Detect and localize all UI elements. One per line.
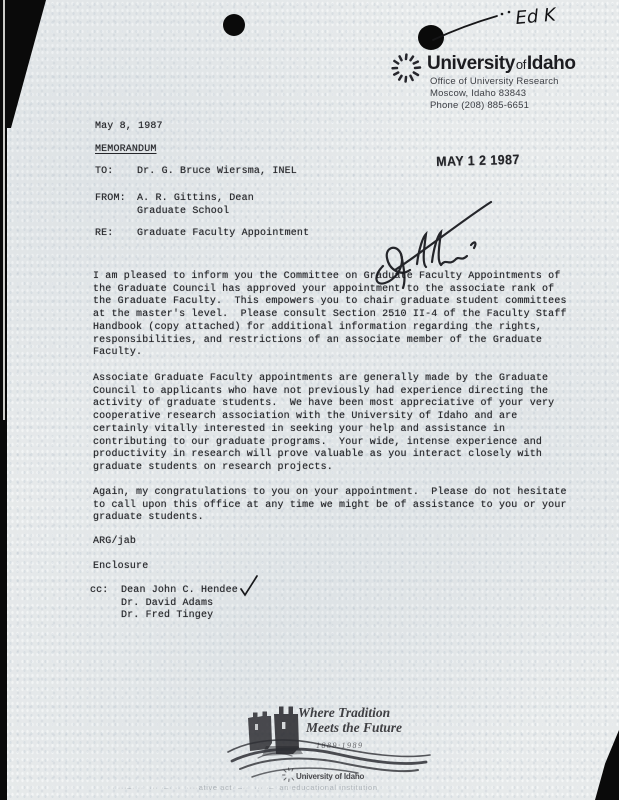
scan-edge-top-left: [0, 0, 52, 130]
memo-from-value: A. R. Gittins, Dean Graduate School: [137, 193, 254, 218]
centennial-logo: Where Tradition Meets the Future 1889·19…: [222, 700, 437, 792]
handwritten-checkmark: [238, 574, 260, 598]
university-wordmark: UniversityofIdaho: [427, 53, 576, 75]
memo-re-label: RE:: [95, 228, 113, 241]
memo-title: MEMORANDUM: [95, 144, 157, 157]
scan-edge-bottom-right: [595, 730, 619, 800]
hole-punch-dot: [223, 14, 245, 36]
wordmark-idaho: Idaho: [527, 53, 576, 74]
memo-initials: ARG/jab: [93, 536, 136, 549]
memo-from-label: FROM:: [95, 193, 126, 206]
handwritten-annotation: Ed K: [405, 0, 575, 60]
memo-cc-label: cc:: [90, 585, 108, 598]
memo-date: May 8, 1987: [95, 121, 163, 134]
handwritten-note-text: Ed K: [515, 4, 558, 29]
received-date-stamp: MAY 1 2 1987: [436, 153, 520, 169]
memo-to-label: TO:: [95, 166, 113, 179]
slogan-line-2: Meets the Future: [305, 720, 402, 735]
university-sunburst-icon: [388, 50, 424, 86]
letterhead-address: Moscow, Idaho 83843: [430, 88, 526, 100]
memo-to-value: Dr. G. Bruce Wiersma, INEL: [137, 166, 297, 179]
mini-sunburst-icon: [283, 768, 294, 782]
letterhead-office: Office of University Research: [430, 76, 559, 88]
fine-print-footer: · ···–· ·· ··· ·–· ·· ····ative act· –··…: [112, 783, 572, 792]
logo-university-text: University of Idaho: [296, 772, 365, 781]
wordmark-university: University: [427, 53, 515, 74]
annotation-arrow-line: [433, 16, 497, 40]
wordmark-of: of: [515, 57, 527, 72]
scanned-letter-page: Ed K UniversityofIdaho Office of Univers…: [0, 0, 619, 800]
signature: [365, 196, 505, 291]
memo-re-value: Graduate Faculty Appointment: [137, 228, 309, 241]
scan-edge-sliver: [3, 0, 5, 420]
letterhead-phone: Phone (208) 885-6651: [430, 100, 529, 112]
memo-enclosure: Enclosure: [93, 561, 148, 574]
memo-paragraph-2: Associate Graduate Faculty appointments …: [93, 373, 554, 475]
centennial-years: 1889·1989: [316, 741, 364, 750]
slogan-line-1: Where Tradition: [298, 705, 390, 720]
memo-paragraph-3: Again, my congratulations to you on your…: [93, 487, 567, 525]
memo-cc-list: Dean John C. Hendee Dr. David Adams Dr. …: [121, 585, 238, 623]
